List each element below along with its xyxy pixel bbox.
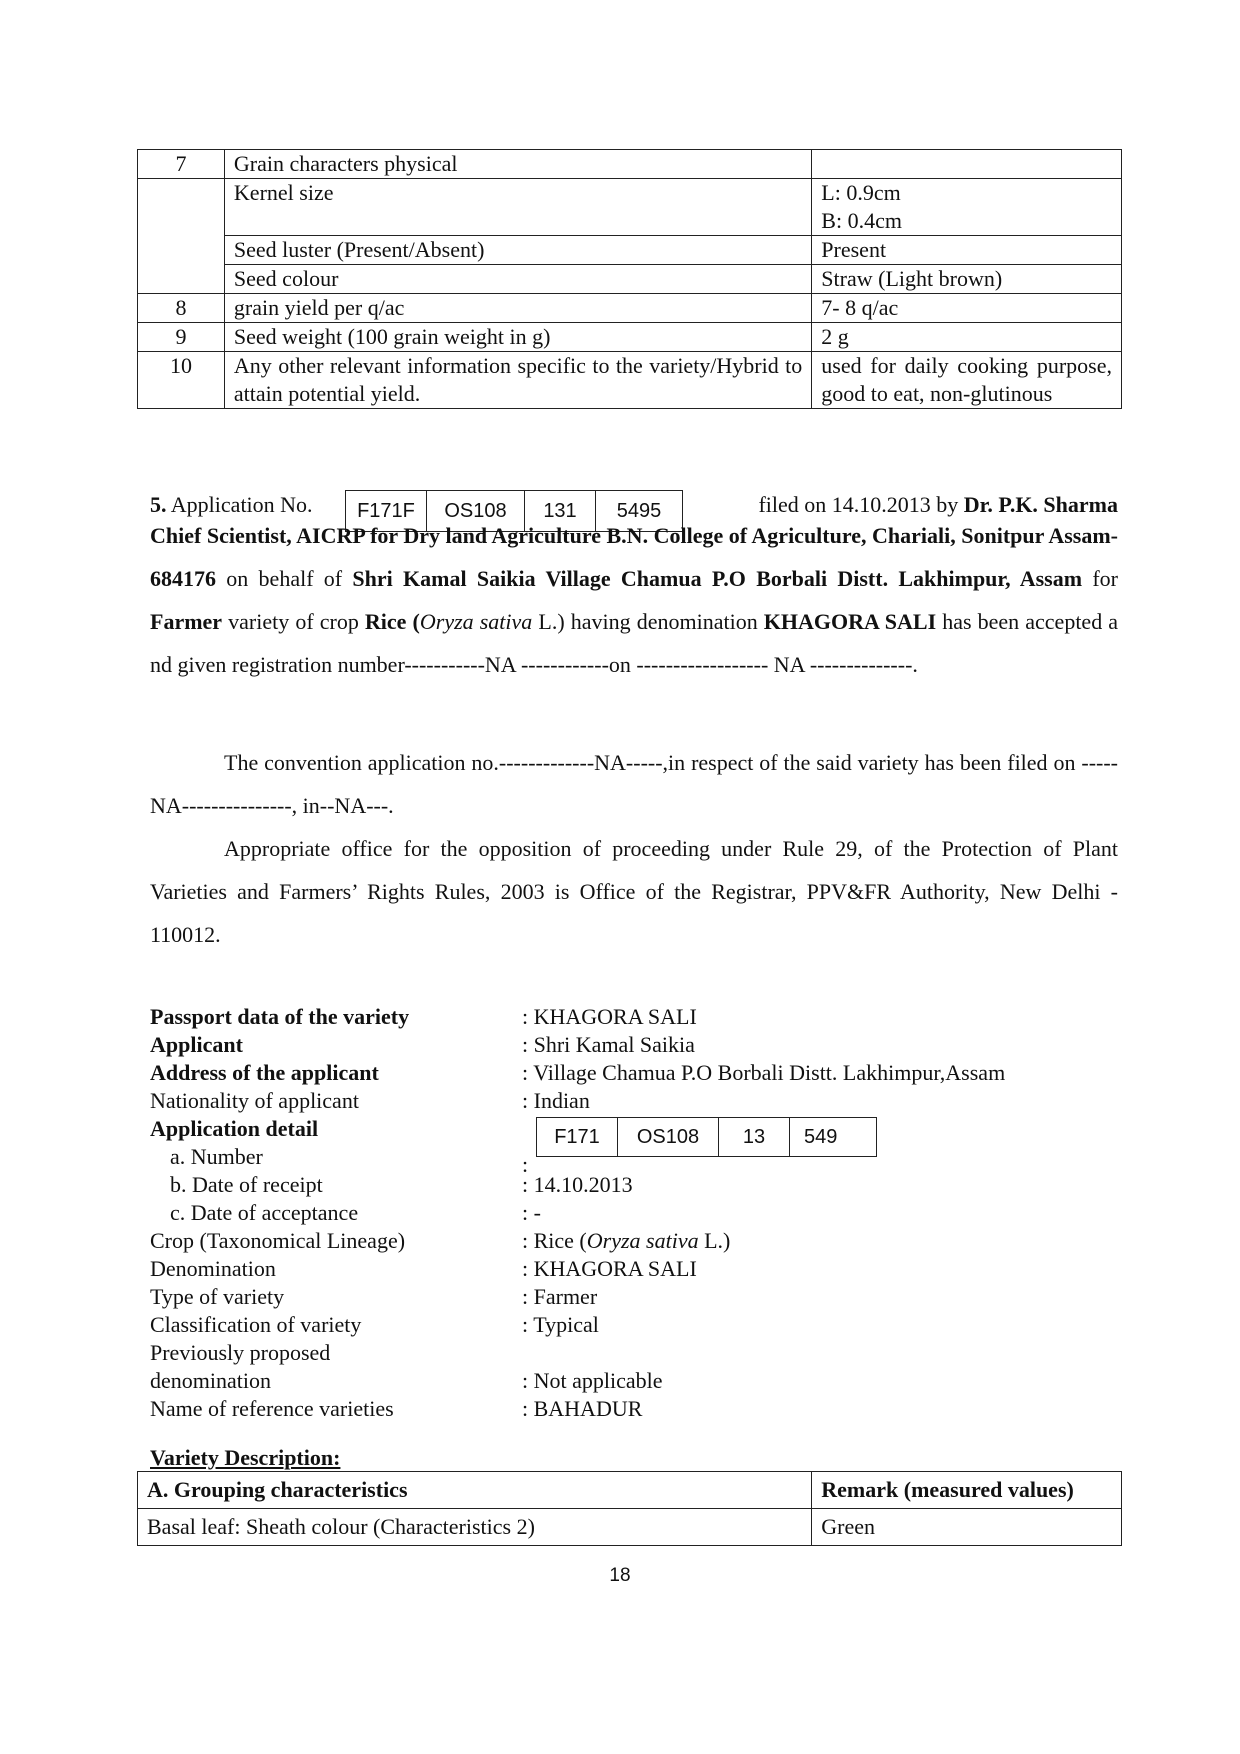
passport-label: denomination bbox=[150, 1367, 271, 1395]
passport-value: : KHAGORA SALI bbox=[522, 1255, 697, 1283]
crop-name: Rice ( bbox=[365, 609, 420, 634]
row-number: 10 bbox=[138, 352, 225, 409]
table-row: 9 Seed weight (100 grain weight in g) 2 … bbox=[138, 323, 1122, 352]
row-value: 2 g bbox=[812, 323, 1122, 352]
behalf-text: on behalf of bbox=[226, 566, 342, 591]
remark: Green bbox=[812, 1509, 1122, 1546]
having-text: having denomination bbox=[571, 609, 758, 634]
passport-value: : - bbox=[522, 1199, 541, 1227]
passport-label: a. Number bbox=[170, 1143, 263, 1171]
page-number: 18 bbox=[0, 1565, 1240, 1587]
passport-number-part: OS108 bbox=[618, 1118, 719, 1156]
table-header: A. Grouping characteristics Remark (meas… bbox=[138, 1472, 1122, 1509]
table-row: 8 grain yield per q/ac 7- 8 q/ac bbox=[138, 294, 1122, 323]
passport-label: Type of variety bbox=[150, 1283, 284, 1311]
row-value: L: 0.9cmB: 0.4cm bbox=[812, 179, 1122, 236]
convention-paragraph: The convention application no.----------… bbox=[150, 741, 1118, 827]
header-grouping: A. Grouping characteristics bbox=[138, 1472, 812, 1509]
row-number: 7 bbox=[138, 150, 225, 179]
passport-label: Address of the applicant bbox=[150, 1059, 379, 1087]
header-remark: Remark (measured values) bbox=[812, 1472, 1122, 1509]
variety-type: Farmer bbox=[150, 609, 222, 634]
row-value: used for daily cooking purpose, good to … bbox=[812, 352, 1122, 409]
row-item: Any other relevant information specific … bbox=[224, 352, 811, 409]
row-value: Straw (Light brown) bbox=[812, 265, 1122, 294]
row-value: 7- 8 q/ac bbox=[812, 294, 1122, 323]
crop-end: L.) bbox=[538, 609, 564, 634]
for-text: for bbox=[1092, 566, 1118, 591]
table-row: Kernel size L: 0.9cmB: 0.4cm bbox=[138, 179, 1122, 236]
row-item: Kernel size bbox=[224, 179, 811, 236]
passport-number-part: 549 bbox=[790, 1118, 876, 1156]
kernel-breadth: B: 0.4cm bbox=[821, 207, 1112, 235]
row-item: Seed weight (100 grain weight in g) bbox=[224, 323, 811, 352]
passport-label: Name of reference varieties bbox=[150, 1395, 394, 1423]
passport-value: : Typical bbox=[522, 1311, 599, 1339]
passport-value: : Indian bbox=[522, 1087, 590, 1115]
passport-label: Previously proposed bbox=[150, 1339, 330, 1367]
passport-label: Denomination bbox=[150, 1255, 276, 1283]
row-number bbox=[138, 179, 225, 294]
passport-label: Nationality of applicant bbox=[150, 1087, 359, 1115]
passport-value: : BAHADUR bbox=[522, 1395, 642, 1423]
variety-description-heading: Variety Description: bbox=[150, 1444, 340, 1472]
variety-description-table: A. Grouping characteristics Remark (meas… bbox=[137, 1471, 1122, 1546]
row-item: Seed colour bbox=[224, 265, 811, 294]
passport-value: : KHAGORA SALI bbox=[522, 1003, 697, 1031]
row-item: Seed luster (Present/Absent) bbox=[224, 236, 811, 265]
kernel-length: L: 0.9cm bbox=[821, 179, 1112, 207]
row-value: Present bbox=[812, 236, 1122, 265]
passport-number-part: F171 bbox=[537, 1118, 618, 1156]
passport-label: Applicant bbox=[150, 1031, 243, 1059]
crop-species: Oryza sativa bbox=[420, 609, 532, 634]
table-row: Seed colour Straw (Light brown) bbox=[138, 265, 1122, 294]
passport-label: c. Date of acceptance bbox=[170, 1199, 358, 1227]
passport-value: : Rice (Oryza sativa L.) bbox=[522, 1227, 730, 1255]
crop-text: variety of crop bbox=[228, 609, 359, 634]
passport-value: : 14.10.2013 bbox=[522, 1171, 633, 1199]
table-row: Seed luster (Present/Absent) Present bbox=[138, 236, 1122, 265]
passport-label: Application detail bbox=[150, 1115, 318, 1143]
passport-value: : Not applicable bbox=[522, 1367, 663, 1395]
application-paragraph: Chief Scientist, AICRP for Dry land Agri… bbox=[150, 514, 1118, 686]
row-item: grain yield per q/ac bbox=[224, 294, 811, 323]
passport-label: Classification of variety bbox=[150, 1311, 361, 1339]
table-row: 7 Grain characters physical bbox=[138, 150, 1122, 179]
passport-value: : Farmer bbox=[522, 1283, 597, 1311]
row-number: 9 bbox=[138, 323, 225, 352]
table-row: Basal leaf: Sheath colour (Characteristi… bbox=[138, 1509, 1122, 1546]
row-number: 8 bbox=[138, 294, 225, 323]
passport-label: Passport data of the variety bbox=[150, 1003, 409, 1031]
passport-label: Crop (Taxonomical Lineage) bbox=[150, 1227, 405, 1255]
denomination: KHAGORA SALI bbox=[764, 609, 936, 634]
passport-number-part: 13 bbox=[719, 1118, 790, 1156]
characteristic: Basal leaf: Sheath colour (Characteristi… bbox=[138, 1509, 812, 1546]
passport-label: b. Date of receipt bbox=[170, 1171, 323, 1199]
opposition-paragraph: Appropriate office for the opposition of… bbox=[150, 827, 1118, 956]
passport-value: : Village Chamua P.O Borbali Distt. Lakh… bbox=[522, 1059, 1005, 1087]
passport-value: : Shri Kamal Saikia bbox=[522, 1031, 695, 1059]
grain-characters-table: 7 Grain characters physical Kernel size … bbox=[137, 149, 1122, 409]
row-item: Grain characters physical bbox=[224, 150, 811, 179]
applicant-full: Shri Kamal Saikia Village Chamua P.O Bor… bbox=[352, 566, 1082, 591]
table-row: 10 Any other relevant information specif… bbox=[138, 352, 1122, 409]
passport-number-box: F171 OS108 13 549 bbox=[536, 1117, 877, 1157]
row-value bbox=[812, 150, 1122, 179]
